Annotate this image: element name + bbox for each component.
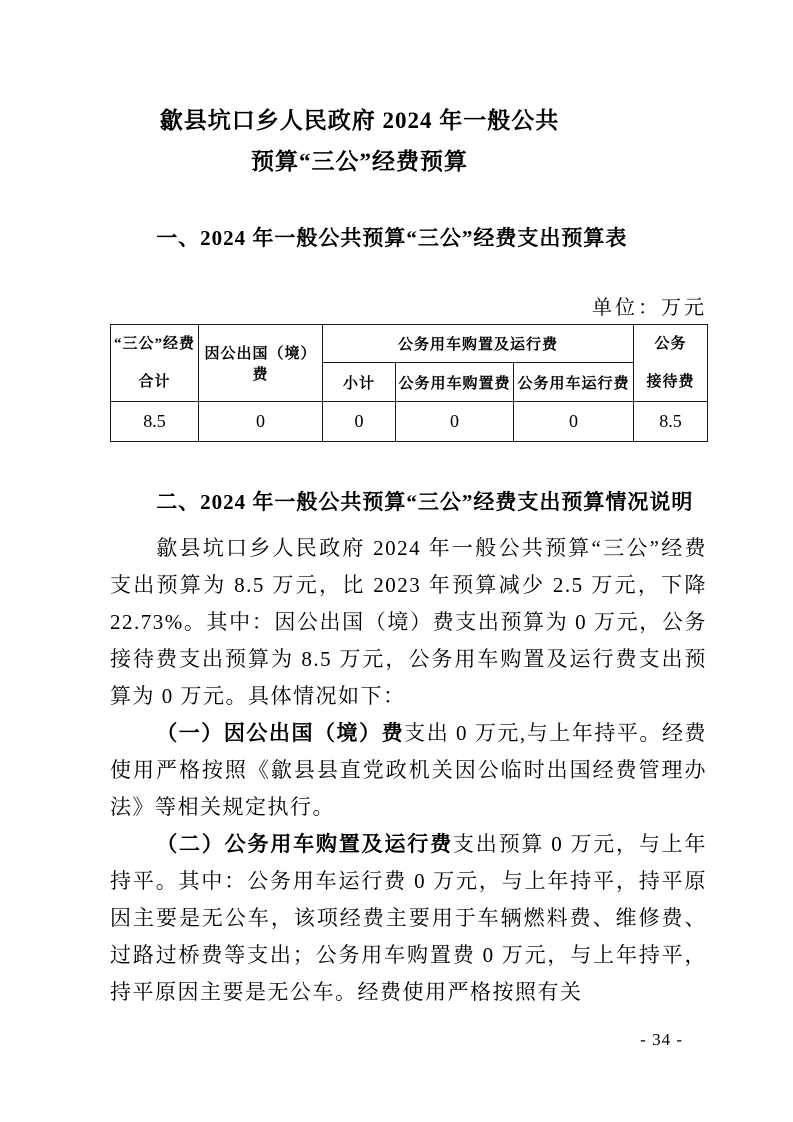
paragraph-abroad-expense: （一）因公出国（境）费支出 0 万元,与上年持平。经费使用严格按照《歙县县直党政… [110, 715, 707, 826]
paragraph-overview: 歙县坑口乡人民政府 2024 年一般公共预算“三公”经费支出预算为 8.5 万元… [110, 530, 707, 715]
data-cell-vehicle-subtotal: 0 [323, 402, 396, 442]
title-line-2: 预算“三公”经费预算 [0, 141, 719, 182]
document-page: 歙县坑口乡人民政府 2024 年一般公共 预算“三公”经费预算 一、2024 年… [0, 0, 793, 1122]
paragraph-vehicle-lead: （二）公务用车购置及运行费 [156, 832, 453, 856]
paragraph-vehicle-expense: （二）公务用车购置及运行费支出预算 0 万元，与上年持平。其中：公务用车运行费 … [110, 826, 707, 1011]
data-cell-vehicle-purchase: 0 [396, 402, 514, 442]
header-total-line-1: “三公”经费 [111, 325, 198, 363]
paragraph-abroad-lead: （一）因公出国（境）费 [156, 721, 404, 745]
document-title: 歙县坑口乡人民政府 2024 年一般公共 预算“三公”经费预算 [0, 0, 793, 182]
section-1-heading: 一、2024 年一般公共预算“三公”经费支出预算表 [110, 222, 707, 252]
header-cell-total: “三公”经费 合计 [111, 325, 199, 402]
header-cell-reception: 公务 接待费 [634, 325, 708, 402]
data-cell-reception: 8.5 [634, 402, 708, 442]
table-unit-label: 单位：万元 [110, 296, 707, 320]
header-cell-vehicle-operation: 公务用车运行费 [514, 363, 634, 402]
table-header-row-1: “三公”经费 合计 因公出国（境）费 公务用车购置及运行费 公务 接待费 [111, 325, 708, 363]
section-2-heading: 二、2024 年一般公共预算“三公”经费支出预算情况说明 [110, 486, 707, 516]
header-cell-abroad: 因公出国（境）费 [199, 325, 323, 402]
header-cell-vehicle-group: 公务用车购置及运行费 [323, 325, 634, 363]
header-cell-vehicle-purchase: 公务用车购置费 [396, 363, 514, 402]
data-cell-abroad: 0 [199, 402, 323, 442]
three-public-budget-table: “三公”经费 合计 因公出国（境）费 公务用车购置及运行费 公务 接待费 小计 … [110, 324, 708, 442]
paragraph-vehicle-text: 支出预算 0 万元，与上年持平。其中：公务用车运行费 0 万元，与上年持平，持平… [110, 832, 707, 1004]
header-cell-vehicle-subtotal: 小计 [323, 363, 396, 402]
page-number: - 34 - [640, 1030, 683, 1050]
header-reception-line-1: 公务 [634, 325, 707, 363]
section-2-body: 歙县坑口乡人民政府 2024 年一般公共预算“三公”经费支出预算为 8.5 万元… [110, 530, 707, 1011]
header-reception-line-2: 接待费 [634, 363, 707, 401]
table-data-row: 8.5 0 0 0 0 8.5 [111, 402, 708, 442]
data-cell-total: 8.5 [111, 402, 199, 442]
title-line-1: 歙县坑口乡人民政府 2024 年一般公共 [0, 100, 719, 141]
data-cell-vehicle-operation: 0 [514, 402, 634, 442]
header-total-line-2: 合计 [111, 363, 198, 401]
document-content: 一、2024 年一般公共预算“三公”经费支出预算表 单位：万元 “三公”经费 合… [110, 222, 707, 1011]
